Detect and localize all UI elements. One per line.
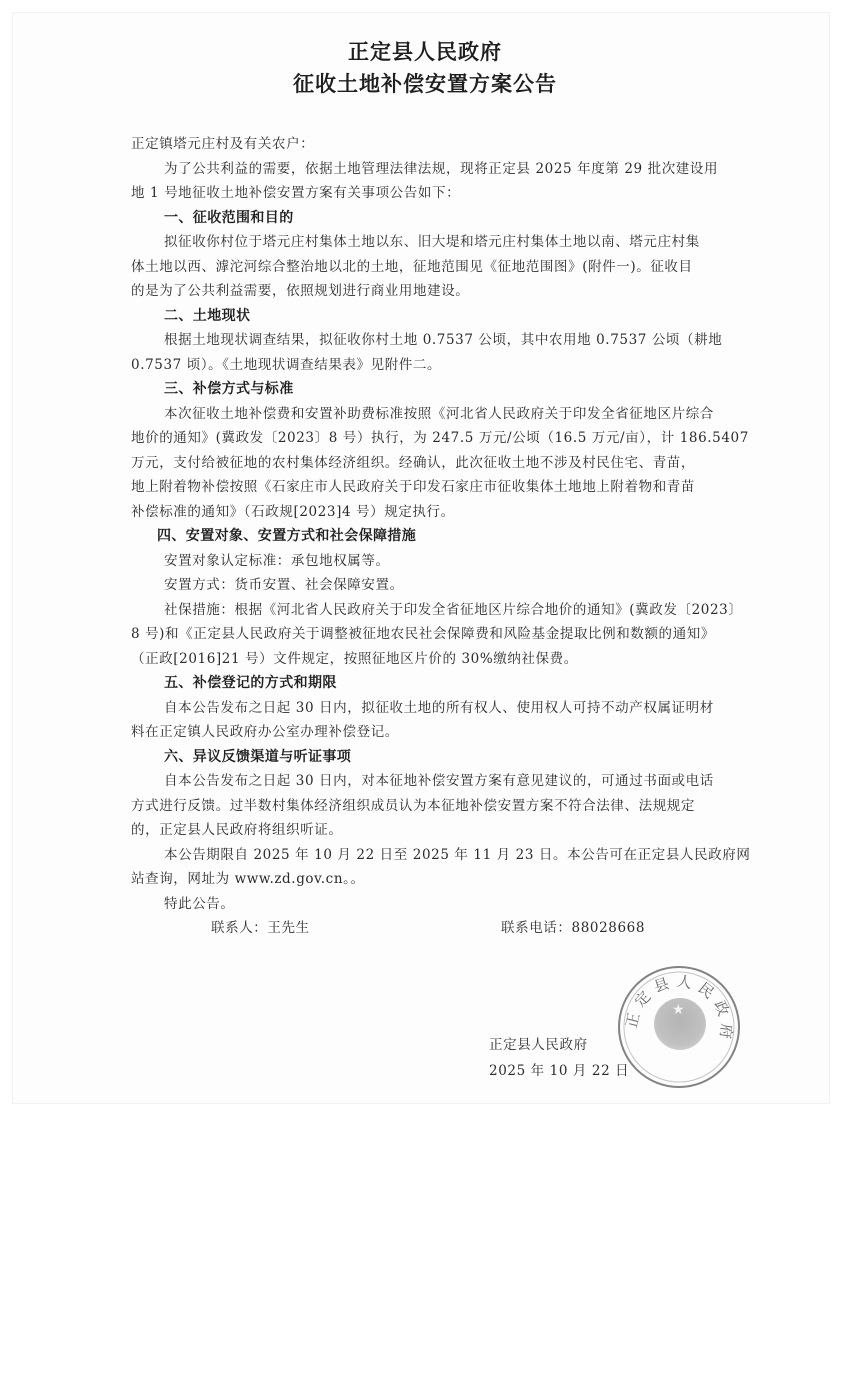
section-text: 地上附着物补偿按照《石家庄市人民政府关于印发石家庄市征收集体土地地上附着物和青苗 <box>131 475 771 500</box>
section-text: 8 号)和《正定县人民政府关于调整被征地农民社会保障费和风险基金提取比例和数额的… <box>131 622 771 647</box>
contact-row: 联系人：王先生 联系电话：88028668 <box>131 916 771 941</box>
section-text: 万元，支付给被征地的农村集体经济组织。经确认，此次征收土地不涉及村民住宅、青苗， <box>131 451 771 476</box>
section-heading-objection: 六、异议反馈渠道与听证事项 <box>131 745 771 770</box>
notice-period: 本公告期限自 2025 年 10 月 22 日至 2025 年 11 月 23 … <box>131 843 771 868</box>
section-text: 安置方式：货币安置、社会保障安置。 <box>131 573 771 598</box>
section-heading-compensation: 三、补偿方式与标准 <box>131 377 771 402</box>
notice-body: 正定镇塔元庄村及有关农户： 为了公共利益的需要，依据土地管理法律法规，现将正定县… <box>131 132 771 941</box>
section-text: 根据土地现状调查结果，拟征收你村土地 0.7537 公顷，其中农用地 0.753… <box>131 328 771 353</box>
section-text: 本次征收土地补偿费和安置补助费标准按照《河北省人民政府关于印发全省征地区片综合 <box>131 402 771 427</box>
section-heading-resettlement: 四、安置对象、安置方式和社会保障措施 <box>131 524 771 549</box>
section-text: （正政[2016]21 号）文件规定，按照征地区片价的 30%缴纳社保费。 <box>131 647 771 672</box>
notice-website: 站查询，网址为 www.zd.gov.cn。。 <box>131 867 771 892</box>
star-icon: ★ <box>672 1002 685 1018</box>
notice-title: 征收土地补偿安置方案公告 <box>0 68 850 98</box>
section-text: 自本公告发布之日起 30 日内，拟征收土地的所有权人、使用权人可持不动产权属证明… <box>131 696 771 721</box>
section-text: 0.7537 顷）。《土地现状调查结果表》见附件二。 <box>131 353 771 378</box>
intro-line: 为了公共利益的需要，依据土地管理法律法规，现将正定县 2025 年度第 29 批… <box>131 157 771 182</box>
section-text: 地价的通知》(冀政发〔2023〕8 号）执行，为 247.5 万元/公顷（16.… <box>131 426 771 451</box>
section-text: 社保措施：根据《河北省人民政府关于印发全省征地区片综合地价的通知》(冀政发〔20… <box>131 598 771 623</box>
section-text: 自本公告发布之日起 30 日内，对本征地补偿安置方案有意见建议的，可通过书面或电… <box>131 769 771 794</box>
issuer-title: 正定县人民政府 <box>0 36 850 66</box>
contact-phone: 联系电话：88028668 <box>501 916 645 941</box>
section-text: 方式进行反馈。过半数村集体经济组织成员认为本征地补偿安置方案不符合法律、法规规定 <box>131 794 771 819</box>
section-text: 安置对象认定标准：承包地权属等。 <box>131 549 771 574</box>
section-heading-scope: 一、征收范围和目的 <box>131 206 771 231</box>
intro-line: 地 1 号地征收土地补偿安置方案有关事项公告如下： <box>131 181 771 206</box>
section-text: 体土地以西、滹沱河综合整治地以北的土地，征地范围见《征地范围图》(附件一)。征收… <box>131 255 771 280</box>
section-text: 补偿标准的通知》（石政规[2023]4 号）规定执行。 <box>131 500 771 525</box>
signature-organization: 正定县人民政府 <box>489 1033 588 1053</box>
section-heading-registration: 五、补偿登记的方式和期限 <box>131 671 771 696</box>
closing-remark: 特此公告。 <box>131 892 771 917</box>
section-text: 的是为了公共利益需要，依照规划进行商业用地建设。 <box>131 279 771 304</box>
section-text: 拟征收你村位于塔元庄村集体土地以东、旧大堤和塔元庄村集体土地以南、塔元庄村集 <box>131 230 771 255</box>
official-seal: 正定县人民政府 ★ <box>618 966 740 1088</box>
contact-person: 联系人：王先生 <box>211 916 310 941</box>
section-heading-land-status: 二、土地现状 <box>131 304 771 329</box>
signature-date: 2025 年 10 月 22 日 <box>489 1059 629 1079</box>
section-text: 料在正定镇人民政府办公室办理补偿登记。 <box>131 720 771 745</box>
addressee: 正定镇塔元庄村及有关农户： <box>131 132 771 157</box>
section-text: 的，正定县人民政府将组织听证。 <box>131 818 771 843</box>
